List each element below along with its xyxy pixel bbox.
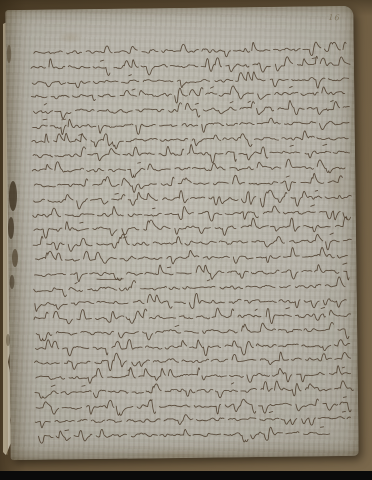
handwriting-line — [34, 277, 346, 297]
handwriting-line — [35, 336, 350, 358]
handwriting-line — [35, 380, 354, 400]
handwriting-line — [34, 306, 351, 326]
handwriting-line — [32, 71, 349, 92]
handwriting-line — [35, 292, 347, 312]
underline-mark — [97, 279, 124, 280]
handwriting-line — [33, 143, 350, 166]
handwriting-line — [34, 263, 349, 284]
handwriting-line — [35, 411, 350, 429]
handwriting-line — [34, 173, 342, 194]
handwriting-line — [38, 426, 329, 444]
manuscript-page: 16 — [5, 6, 358, 460]
handwriting-line — [36, 397, 351, 417]
handwriting-line — [33, 115, 349, 135]
handwriting-line — [33, 189, 351, 210]
handwriting-line — [36, 365, 351, 385]
handwriting-line — [34, 350, 350, 371]
handwriting-line — [34, 217, 347, 238]
handwriting-line — [31, 55, 350, 76]
handwriting-line — [33, 231, 351, 253]
handwriting-line — [32, 158, 345, 178]
handwriting-line — [36, 322, 349, 342]
photo-bottom-black-edge — [0, 471, 372, 480]
handwritten-text-block — [5, 6, 358, 460]
handwriting-line — [33, 100, 349, 119]
handwriting-line — [35, 247, 347, 266]
manuscript-photo: 16 — [0, 0, 372, 480]
handwriting-line — [34, 41, 347, 59]
